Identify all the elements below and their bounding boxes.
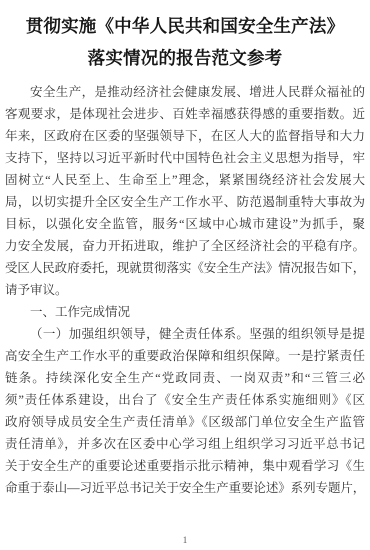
body-line-17: 责任清单》，并多次在区委中心学习组上组织学习习近平总书记 bbox=[5, 433, 365, 455]
page-number: 1 bbox=[0, 535, 370, 545]
title-line-2: 落实情况的报告范文参考 bbox=[0, 42, 370, 74]
body-line-2: 客观要求，是体现社会进步、百姓幸福感获得感的重要指数。近 bbox=[5, 103, 365, 125]
body-line-9: 受区人民政府委托，现就贯彻落实《安全生产法》情况报告如下， bbox=[5, 257, 365, 279]
body-line-16: 政府领导成员安全生产责任清单》《区级部门单位安全生产监管 bbox=[5, 411, 365, 433]
body-line-14: 链条。持续深化安全生产“党政同责、一岗双责”和“三管三必 bbox=[5, 367, 365, 389]
body-line-13: 高安全生产工作水平的重要政治保障和组织保障。一是拧紧责任 bbox=[5, 345, 365, 367]
body-line-18: 关于安全生产的重要论述重要指示批示精神，集中观看学习《生 bbox=[5, 455, 365, 477]
body-line-6: 局，以切实提升全区安全生产工作水平、防范遏制重特大事故为 bbox=[5, 191, 365, 213]
body-line-15: 须”责任体系建设，出台了《安全生产责任体系实施细则》《区 bbox=[5, 389, 365, 411]
document-title: 贯彻实施《中华人民共和国安全生产法》 落实情况的报告范文参考 bbox=[0, 10, 370, 74]
document-page: 贯彻实施《中华人民共和国安全生产法》 落实情况的报告范文参考 安全生产，是推动经… bbox=[0, 0, 370, 550]
body-line-12: （一）加强组织领导，健全责任体系。坚强的组织领导是提 bbox=[5, 323, 365, 345]
body-line-19: 命重于泰山—习近平总书记关于安全生产重要论述》系列专题片， bbox=[5, 477, 365, 499]
section-heading-1: 一、工作完成情况 bbox=[5, 301, 365, 323]
body-line-10: 请予审议。 bbox=[5, 279, 365, 301]
body-line-7: 目标，以强化安全监管，服务“区域中心城市建设”为抓手，聚 bbox=[5, 213, 365, 235]
body-line-5: 固树立“人民至上、生命至上”理念，紧紧围绕经济社会发展大 bbox=[5, 169, 365, 191]
body-line-4: 支持下，坚持以习近平新时代中国特色社会主义思想为指导，牢 bbox=[5, 147, 365, 169]
title-line-1: 贯彻实施《中华人民共和国安全生产法》 bbox=[0, 10, 370, 42]
body-line-3: 年来，区政府在区委的坚强领导下，在区人大的监督指导和大力 bbox=[5, 125, 365, 147]
body-line-1: 安全生产，是推动经济社会健康发展、增进人民群众福祉的 bbox=[5, 81, 365, 103]
body-line-8: 力安全发展，奋力开拓进取，维护了全区经济社会的平稳有序。 bbox=[5, 235, 365, 257]
document-body: 安全生产，是推动经济社会健康发展、增进人民群众福祉的 客观要求，是体现社会进步、… bbox=[5, 81, 365, 499]
